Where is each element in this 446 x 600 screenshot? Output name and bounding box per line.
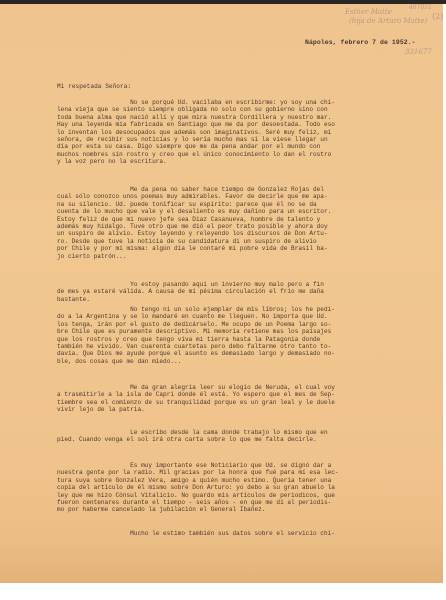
pencil-note-name: Esther Matte — [345, 8, 392, 16]
letter-line: y la voz pero no la escritura. — [57, 158, 397, 165]
letter-line: cual sólo conozco unos poemas muy admira… — [57, 193, 397, 200]
letter-line: ble, dos cosas que me dan miedo... — [57, 358, 397, 365]
pencil-ref-top: 467051 — [409, 4, 432, 12]
letter-line: un suspiro de alivio. Estoy leyendo y re… — [57, 230, 397, 237]
letter-line: bre Chile que es puramente descriptivo. … — [57, 328, 397, 335]
letter-line: señora, de recibir sus noticias y lo ser… — [57, 136, 397, 143]
letter-line: de mes ya estaré válida. A causa de mi p… — [57, 288, 397, 295]
letter-line: también he vivido. Van cuarenta cuarteta… — [57, 343, 397, 350]
paper-stain — [0, 540, 443, 583]
letter-line: No se porqué Ud. vacilaba en escribirme:… — [57, 99, 397, 106]
letter-line: vivir lejo de la patria. — [57, 406, 397, 413]
letter-line: tura suya sobre Gonzalez Vera, amigo a q… — [57, 477, 397, 484]
letter-line: por Chile y por mí misma: algún día le c… — [57, 245, 397, 252]
pencil-page-number: (2) — [432, 13, 443, 21]
letter-line: jo cierto patrón... — [57, 253, 397, 260]
letter-line: que los rostros y creo que tengo viva mi… — [57, 336, 397, 343]
letter-line: los tenga, irán por el gusto de dedicárs… — [57, 321, 397, 328]
letter-paragraph: Le escribo desde la cama donde trabajo l… — [57, 429, 397, 444]
pencil-note-relation: (hija de Arturo Matte) — [349, 17, 427, 25]
letter-salutation: Mi respetada Señora: — [57, 83, 131, 90]
letter-paragraph: No tengo ni un solo ejemplar de mis libr… — [57, 306, 397, 365]
letter-line: Me da pena no saber hace tiempo de Gonza… — [57, 186, 397, 193]
letter-line: a trasmitirle a la isla de Capri donde é… — [57, 391, 397, 398]
letter-line: lena vieja que se siento siempre obligad… — [57, 106, 397, 113]
letter-line: copia del artículo de él mismo sobre Don… — [57, 484, 397, 491]
letter-line: ley que me hizo Cónsul Vitalicio. No gua… — [57, 492, 397, 499]
letter-paragraph: No se porqué Ud. vacilaba en escribirme:… — [57, 99, 397, 166]
letter-line: Me da gran alegría leer su elogio de Ner… — [57, 384, 397, 391]
letter-line: fueron centenares durante el tiempo - se… — [57, 499, 397, 506]
letter-line: Estoy feliz de que mi nuevo jefe sea Dia… — [57, 216, 397, 223]
letter-date: Nápoles, febrero 7 de 1952.- — [305, 39, 416, 46]
letter-line: muchos nombres sin rostro y creo que el … — [57, 151, 397, 158]
letter-paragraph: Es muy importante ese Noticiario que Ud.… — [57, 462, 397, 514]
letter-line: Yo estoy pasando aquí un invierno muy ma… — [57, 281, 397, 288]
letter-line: Mucho le estimo también sus datos sobre … — [57, 530, 397, 537]
letter-line: tiembre sea el comienzo de su tranquilid… — [57, 399, 397, 406]
letter-line: pied. Cuando venga el sol irá otra carta… — [57, 436, 397, 443]
pencil-ref-bottom: 331677 — [405, 48, 432, 56]
letter-line: cuenta de lo mucho que vale y el desalie… — [57, 208, 397, 215]
letter-line: además muy hidalgo. Tuve otro que me dió… — [57, 223, 397, 230]
letter-line: No tengo ni un solo ejemplar de mis libr… — [57, 306, 397, 313]
letter-line: do a la Argentina y se lo mandaré en cua… — [57, 313, 397, 320]
letter-line: lo inventan los desocupados que además s… — [57, 129, 397, 136]
letter-paragraph: Me da pena no saber hace tiempo de Gonza… — [57, 186, 397, 260]
letter-line: día por esta su casa. Digo siempre que m… — [57, 143, 397, 150]
letter-line: nuestra gente por la radio. Mil gracias … — [57, 469, 397, 476]
letter-line: ro. Desde que tuve la noticia de su cand… — [57, 238, 397, 245]
letter-paragraph: Yo estoy pasando aquí un invierno muy ma… — [57, 281, 397, 303]
letter-paragraph: Me da gran alegría leer su elogio de Ner… — [57, 384, 397, 414]
letter-line: Hay una leyenda mía fabricada en Santiag… — [57, 121, 397, 128]
letter-line: toda buena alma que nació allí y que mir… — [57, 114, 397, 121]
letter-line: na su silencio. Ud. puede tonificar su e… — [57, 201, 397, 208]
letter-line: davía. Que Dios me ayude porque el asunt… — [57, 350, 397, 357]
letter-line: bastante. — [57, 296, 397, 303]
letter-paragraph: Mucho le estimo también sus datos sobre … — [57, 530, 397, 537]
letter-line: mo por haberme cancelado la jubilación e… — [57, 506, 397, 513]
letter-line: Es muy importante ese Noticiario que Ud.… — [57, 462, 397, 469]
letter-line: Le escribo desde la cama donde trabajo l… — [57, 429, 397, 436]
